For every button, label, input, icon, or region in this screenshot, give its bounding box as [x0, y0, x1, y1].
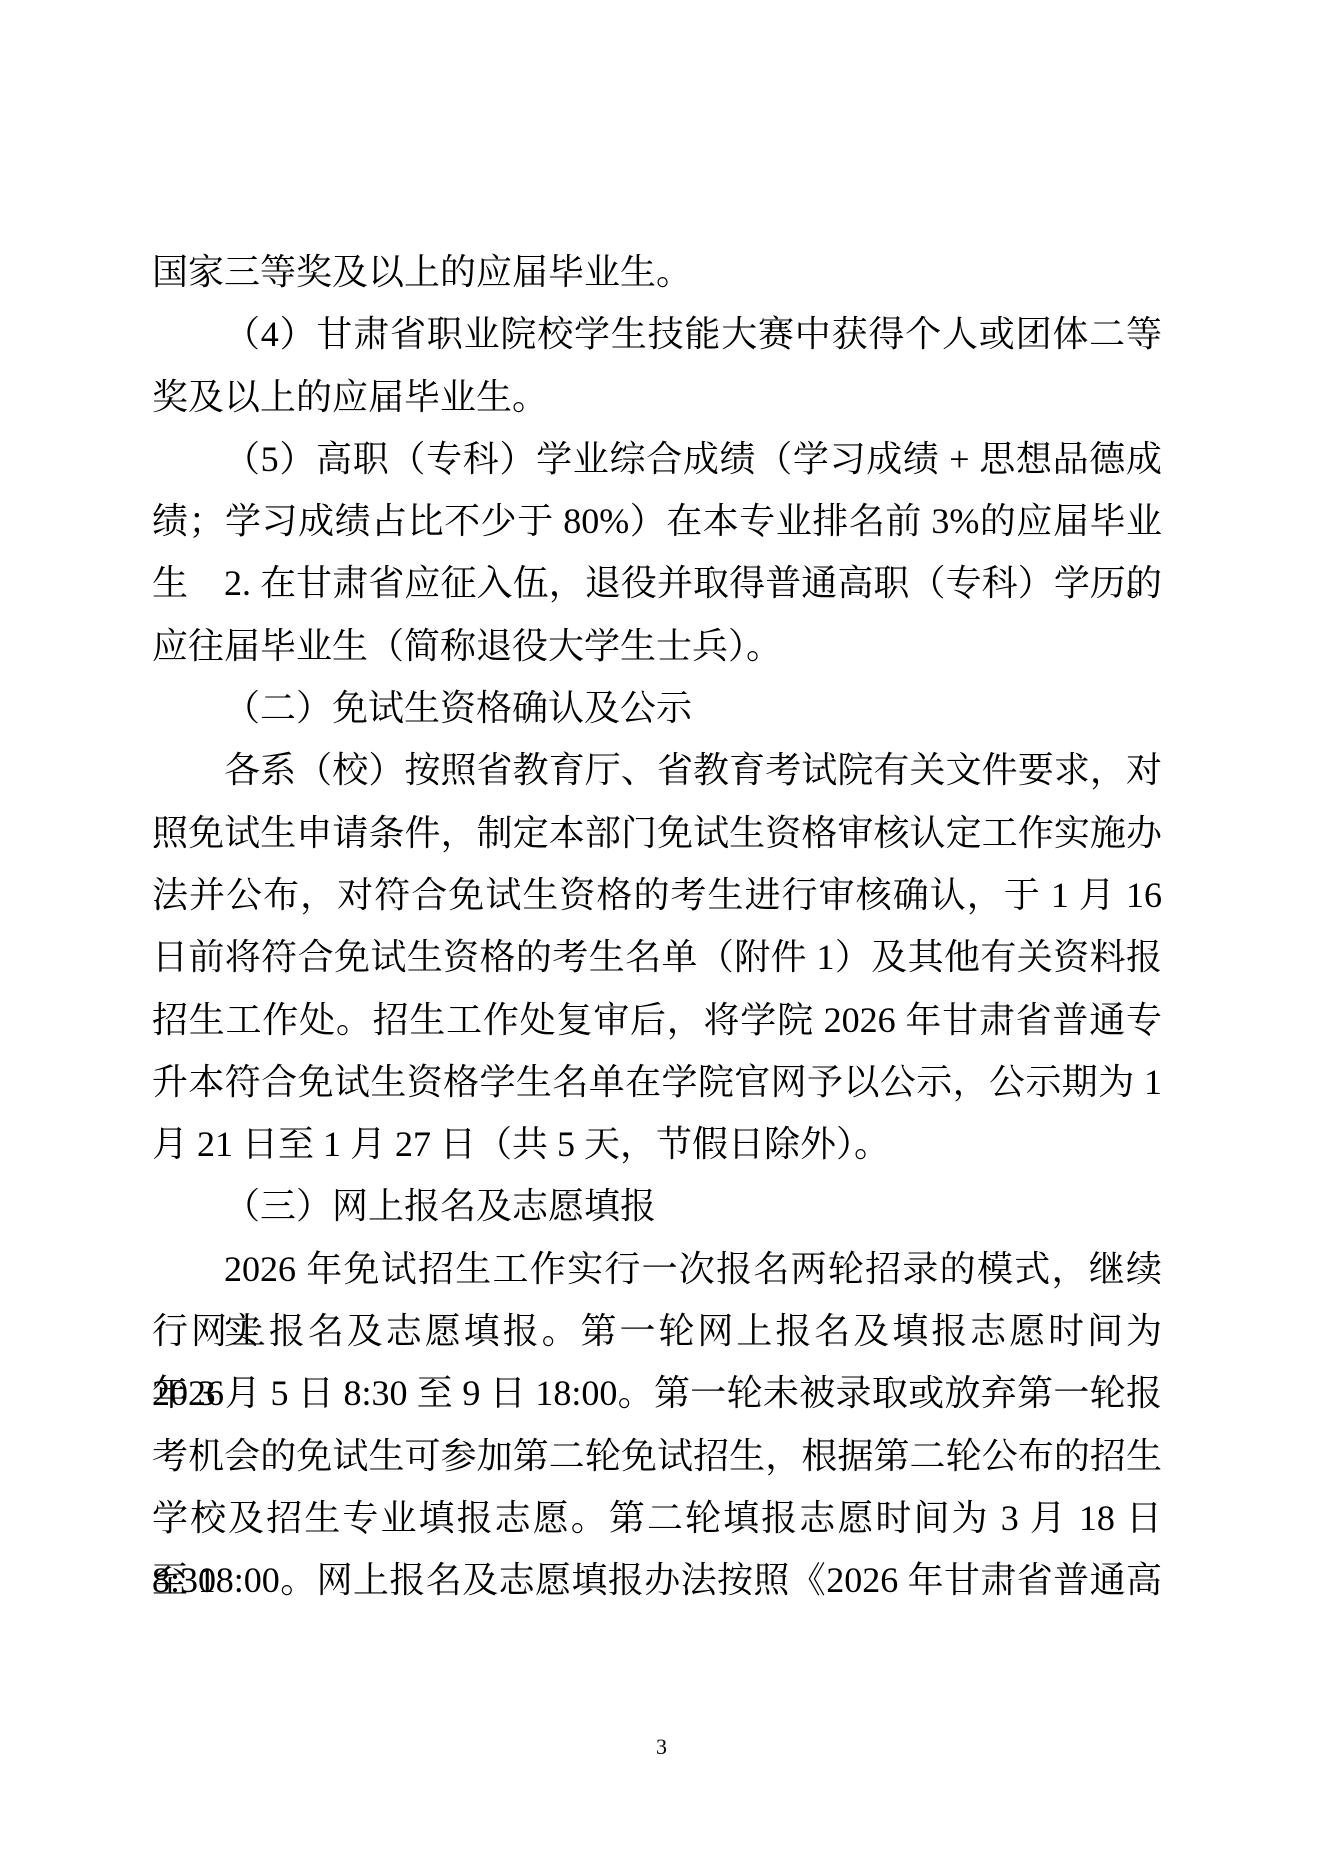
- text-line: 法并公布，对符合免试生资格的考生进行审核确认，于 1 月 16: [152, 864, 1162, 926]
- text-line: 照免试生申请条件，制定本部门免试生资格审核认定工作实施办: [152, 802, 1162, 864]
- text-line: 2026 年免试招生工作实行一次报名两轮招录的模式，继续实: [152, 1238, 1162, 1300]
- text-line: 考机会的免试生可参加第二轮免试招生，根据第二轮公布的招生: [152, 1425, 1162, 1487]
- text-line: 日前将符合免试生资格的考生名单（附件 1）及其他有关资料报: [152, 926, 1162, 988]
- text-line: 各系（校）按照省教育厅、省教育考试院有关文件要求，对: [152, 739, 1162, 801]
- text-line: （5）高职（专科）学业综合成绩（学习成绩 + 思想品德成: [152, 428, 1162, 490]
- text-line: 应往届毕业生（简称退役大学生士兵）。: [152, 615, 1162, 677]
- text-line: 行网上报名及志愿填报。第一轮网上报名及填报志愿时间为 2026: [152, 1300, 1162, 1362]
- text-line: 升本符合免试生资格学生名单在学院官网予以公示，公示期为 1: [152, 1051, 1162, 1113]
- section-heading: （三）网上报名及志愿填报: [152, 1175, 1162, 1237]
- text-line: 国家三等奖及以上的应届毕业生。: [152, 241, 1162, 303]
- text-line: 学校及招生专业填报志愿。第二轮填报志愿时间为 3 月 18 日 8:30: [152, 1487, 1162, 1549]
- text-line: 招生工作处。招生工作处复审后，将学院 2026 年甘肃省普通专: [152, 989, 1162, 1051]
- text-line: 年 3 月 5 日 8:30 至 9 日 18:00。第一轮未被录取或放弃第一轮…: [152, 1362, 1162, 1424]
- text-line: 绩；学习成绩占比不少于 80%）在本专业排名前 3%的应届毕业生。: [152, 490, 1162, 552]
- text-line: （4）甘肃省职业院校学生技能大赛中获得个人或团体二等: [152, 303, 1162, 365]
- document-page: 国家三等奖及以上的应届毕业生。（4）甘肃省职业院校学生技能大赛中获得个人或团体二…: [0, 0, 1323, 1871]
- text-line: 2. 在甘肃省应征入伍，退役并取得普通高职（专科）学历的: [152, 552, 1162, 614]
- section-heading: （二）免试生资格确认及公示: [152, 677, 1162, 739]
- document-lines: 国家三等奖及以上的应届毕业生。（4）甘肃省职业院校学生技能大赛中获得个人或团体二…: [152, 241, 1162, 1612]
- page-number: 3: [656, 1734, 667, 1759]
- page-footer: 3: [0, 1733, 1323, 1761]
- text-line: 至 18:00。网上报名及志愿填报办法按照《2026 年甘肃省普通高: [152, 1549, 1162, 1611]
- text-line: 奖及以上的应届毕业生。: [152, 366, 1162, 428]
- text-line: 月 21 日至 1 月 27 日（共 5 天，节假日除外）。: [152, 1113, 1162, 1175]
